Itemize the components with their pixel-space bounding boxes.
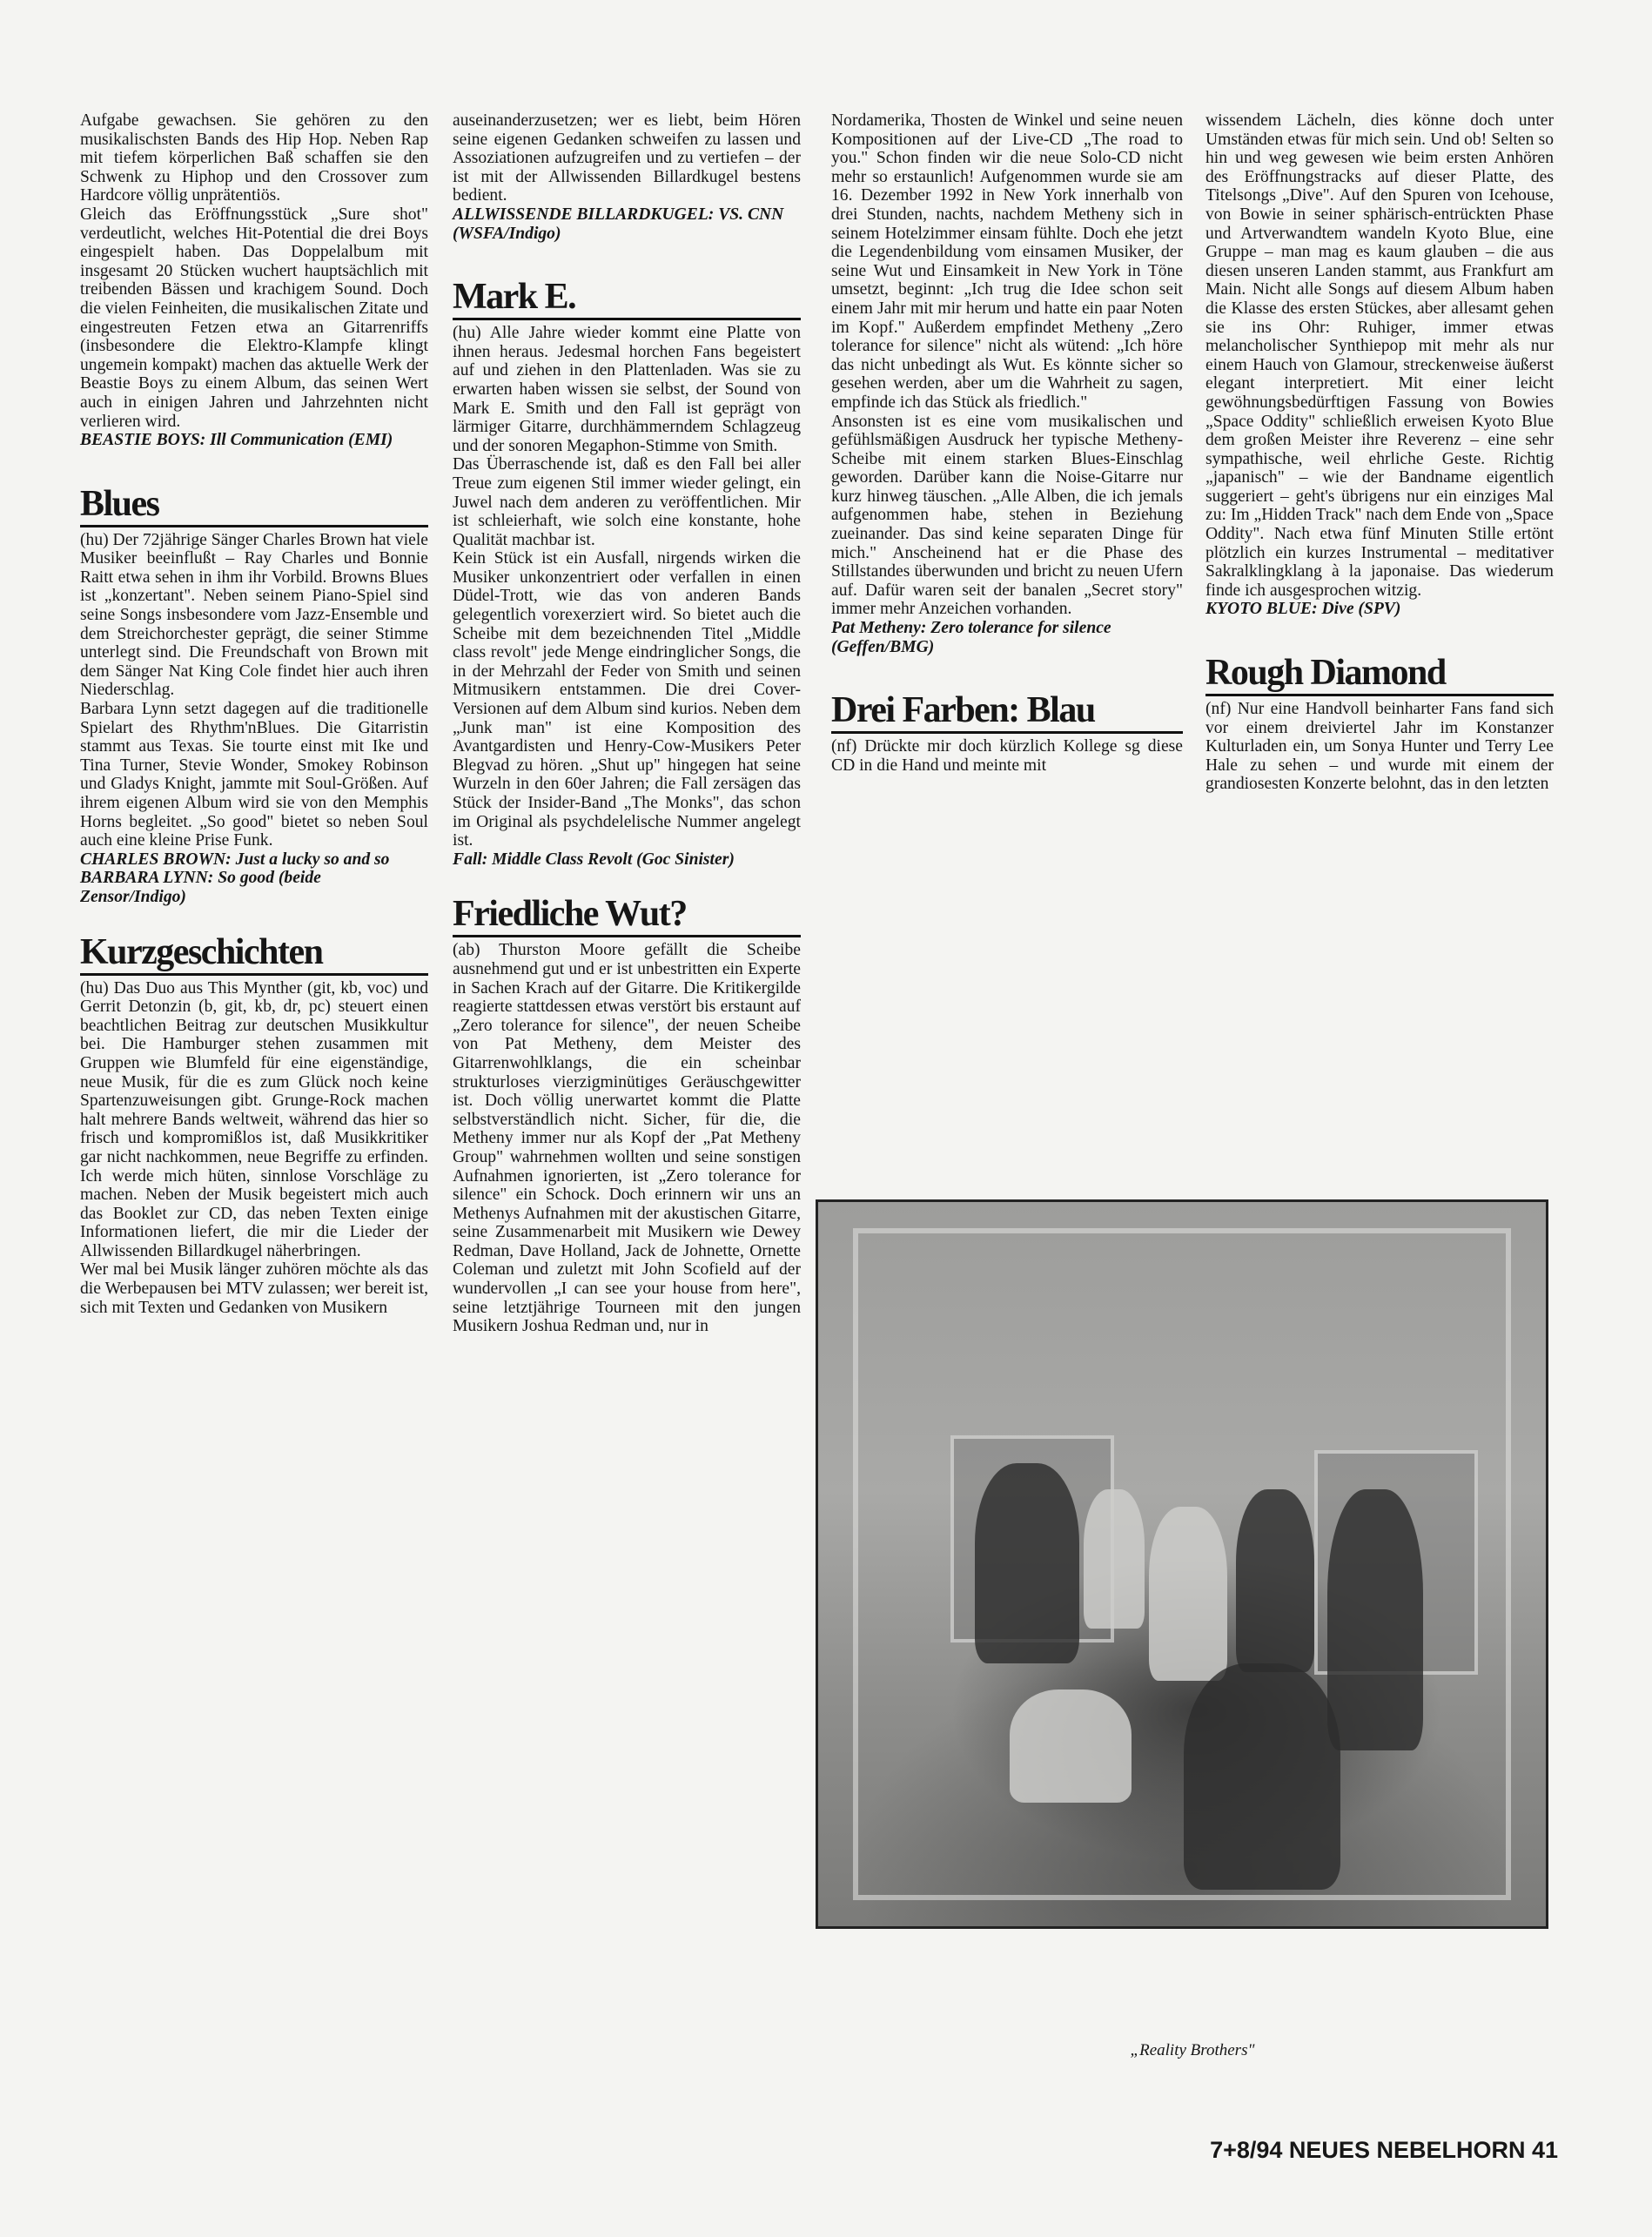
section-heading-mark-e: Mark E. xyxy=(453,278,801,320)
metheny-review-paragraph: Ansonsten ist es eine vom musikalischen … xyxy=(831,413,1183,620)
fall-album-credit: Fall: Middle Class Revolt (Goc Sinister) xyxy=(453,850,801,870)
section-mark-e: Mark E. (hu) Alle Jahre wieder kommt ein… xyxy=(453,278,801,869)
billardkugel-review-paragraph: auseinanderzusetzen; wer es liebt, beim … xyxy=(453,111,801,205)
charles-brown-album-credit: CHARLES BROWN: Just a lucky so and so xyxy=(80,850,428,870)
photo-person xyxy=(975,1463,1079,1663)
section-heading-rough-diamond: Rough Diamond xyxy=(1205,654,1554,696)
photo-caption: „Reality Brothers" xyxy=(1027,2041,1358,2060)
section-heading-blues: Blues xyxy=(80,485,428,527)
beastie-boys-review-paragraph: Aufgabe gewachsen. Sie gehören zu den mu… xyxy=(80,111,428,205)
column-1: Aufgabe gewachsen. Sie gehören zu den mu… xyxy=(80,111,428,1317)
beastie-boys-review-paragraph: Gleich das Eröffnungsstück „Sure shot" v… xyxy=(80,205,428,431)
billardkugel-album-credit: ALLWISSENDE BILLARDKUGEL: VS. CNN (WSFA/… xyxy=(453,205,801,243)
photo-person xyxy=(1327,1489,1423,1750)
section-friedliche-wut: Friedliche Wut? (ab) Thurston Moore gefä… xyxy=(453,895,801,1335)
section-heading-kurzgeschichten: Kurzgeschichten xyxy=(80,933,428,976)
kurzgeschichten-paragraph: (hu) Das Duo aus This Mynther (git, kb, … xyxy=(80,979,428,1261)
metheny-album-credit: Pat Metheny: Zero tolerance for silence … xyxy=(831,619,1183,656)
section-heading-friedliche-wut: Friedliche Wut? xyxy=(453,895,801,937)
mark-e-paragraph: Kein Stück ist ein Ausfall, nirgends wir… xyxy=(453,549,801,850)
section-drei-farben-blau: Drei Farben: Blau (nf) Drückte mir doch … xyxy=(831,691,1183,775)
band-photo xyxy=(816,1199,1548,1929)
column-4: wissendem Lächeln, dies könne doch unter… xyxy=(1205,111,1554,794)
rough-diamond-paragraph: (nf) Nur eine Handvoll beinharter Fans f… xyxy=(1205,700,1554,794)
blues-paragraph: (hu) Der 72jährige Sänger Charles Brown … xyxy=(80,531,428,700)
kyoto-blue-album-credit: KYOTO BLUE: Dive (SPV) xyxy=(1205,600,1554,619)
mark-e-paragraph: (hu) Alle Jahre wieder kommt eine Platte… xyxy=(453,324,801,455)
photo-person xyxy=(1184,1663,1340,1890)
mark-e-paragraph: Das Überraschende ist, daß es den Fall b… xyxy=(453,455,801,549)
photo-person xyxy=(1010,1690,1132,1803)
page-footer-issue: 7+8/94 NEUES NEBELHORN 41 xyxy=(1210,2137,1558,2164)
beastie-boys-album-credit: BEASTIE BOYS: Ill Communication (EMI) xyxy=(80,431,428,450)
section-blues: Blues (hu) Der 72jährige Sänger Charles … xyxy=(80,485,428,907)
drei-farben-paragraph: (nf) Drückte mir doch kürzlich Kollege s… xyxy=(831,737,1183,775)
section-rough-diamond: Rough Diamond (nf) Nur eine Handvoll bei… xyxy=(1205,654,1554,794)
column-2: auseinanderzusetzen; wer es liebt, beim … xyxy=(453,111,801,1336)
kyoto-blue-review-paragraph: wissendem Lächeln, dies könne doch unter… xyxy=(1205,111,1554,600)
column-3: Nordamerika, Thosten de Winkel und seine… xyxy=(831,111,1183,775)
photo-person xyxy=(1084,1489,1145,1629)
photo-person xyxy=(1236,1489,1314,1672)
metheny-review-paragraph: Nordamerika, Thosten de Winkel und seine… xyxy=(831,111,1183,413)
section-heading-drei-farben-blau: Drei Farben: Blau xyxy=(831,691,1183,734)
photo-person xyxy=(1149,1507,1227,1681)
kurzgeschichten-paragraph: Wer mal bei Musik länger zuhören möchte … xyxy=(80,1260,428,1317)
friedliche-wut-paragraph: (ab) Thurston Moore gefällt die Scheibe … xyxy=(453,941,801,1335)
blues-paragraph: Barbara Lynn setzt dagegen auf die tradi… xyxy=(80,700,428,850)
barbara-lynn-album-credit: BARBARA LYNN: So good (beide Zensor/Indi… xyxy=(80,869,428,906)
section-kurzgeschichten: Kurzgeschichten (hu) Das Duo aus This My… xyxy=(80,933,428,1318)
